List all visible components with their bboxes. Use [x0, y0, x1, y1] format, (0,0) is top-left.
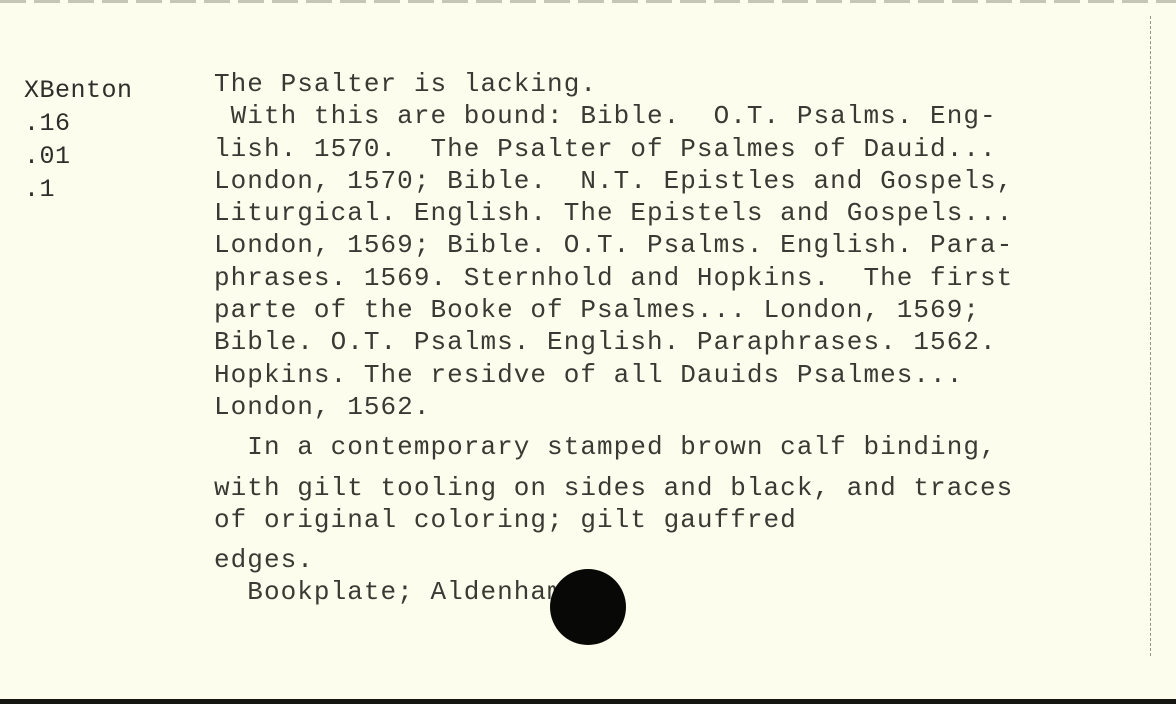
binding-line: edges. [214, 544, 1013, 576]
paragraph-gap [214, 464, 1013, 472]
card-bottom-edge [0, 699, 1176, 704]
catalog-card: XBenton .16 .01 .1 The Psalter is lackin… [0, 0, 1176, 704]
note-line: Hopkins. The residve of all Dauids Psalm… [214, 359, 1013, 391]
binding-line: with gilt tooling on sides and black, an… [214, 472, 1013, 504]
call-number-line: .1 [24, 173, 133, 206]
note-line: London, 1569; Bible. O.T. Psalms. Englis… [214, 229, 1013, 261]
punch-hole [550, 569, 626, 645]
binding-line: In a contemporary stamped brown calf bin… [214, 431, 1013, 463]
note-line: phrases. 1569. Sternhold and Hopkins. Th… [214, 262, 1013, 294]
binding-line: of original coloring; gilt gauffred [214, 504, 1013, 536]
paragraph-gap [214, 423, 1013, 431]
note-line: The Psalter is lacking. [214, 68, 1013, 100]
call-number-line: .16 [24, 107, 133, 140]
call-number: XBenton .16 .01 .1 [24, 74, 133, 206]
note-line: London, 1562. [214, 391, 1013, 423]
card-right-rule [1150, 16, 1151, 656]
card-notes: The Psalter is lacking. With this are bo… [214, 68, 1013, 609]
paragraph-gap [214, 536, 1013, 544]
note-line: London, 1570; Bible. N.T. Epistles and G… [214, 165, 1013, 197]
note-line: With this are bound: Bible. O.T. Psalms.… [214, 100, 1013, 132]
note-line: parte of the Booke of Psalmes... London,… [214, 294, 1013, 326]
note-line: Bible. O.T. Psalms. English. Paraphrases… [214, 326, 1013, 358]
note-line: Liturgical. English. The Epistels and Go… [214, 197, 1013, 229]
call-number-line: XBenton [24, 74, 133, 107]
card-top-edge [0, 0, 1176, 3]
call-number-line: .01 [24, 140, 133, 173]
note-line: lish. 1570. The Psalter of Psalmes of Da… [214, 133, 1013, 165]
